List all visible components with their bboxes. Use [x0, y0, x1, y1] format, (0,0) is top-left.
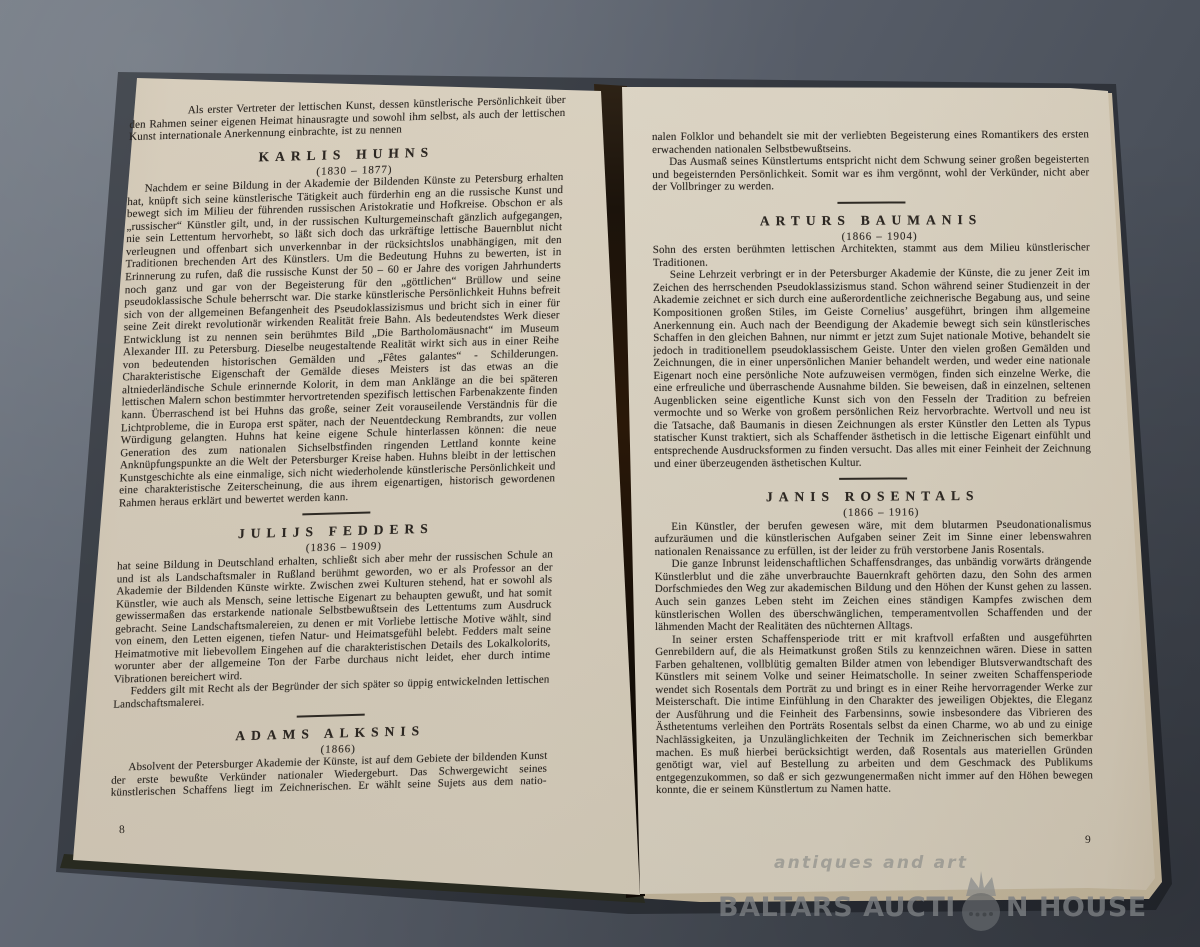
paragraph: In seiner ersten Schaffensperiode tritt … — [655, 631, 1093, 797]
section-divider — [302, 512, 370, 516]
section-divider — [839, 478, 907, 480]
paragraph: Seine Lehrzeit verbringt er in der Peter… — [653, 267, 1091, 470]
continuation-paragraph: nalen Folklor und behandelt sie mit der … — [652, 128, 1089, 156]
page-number-8: 8 — [119, 824, 125, 836]
paragraph: Sohn des ersten berühmten lettischen Arc… — [653, 242, 1090, 270]
book-photo-scene: Als erster Vertreter der lettischen Kuns… — [0, 0, 1200, 947]
left-page-text: Als erster Vertreter der lettischen Kuns… — [111, 94, 566, 800]
section-divider — [297, 713, 365, 717]
page-number-9: 9 — [1085, 834, 1091, 846]
paragraph: hat seine Bildung in Deutschland erhalte… — [114, 548, 553, 686]
paragraph: Ein Künstler, der berufen gewesen wäre, … — [654, 518, 1091, 558]
heading-arturs-baumanis: ARTURS BAUMANIS — [653, 211, 1090, 229]
paragraph: Nachdem er seine Bildung in der Akademie… — [119, 171, 564, 510]
right-page-text: nalen Folklor und behandelt sie mit der … — [652, 128, 1093, 796]
heading-janis-rosentals: JANIS ROSENTALS — [654, 487, 1091, 505]
paragraph: Das Ausmaß seines Künstlertums entsprich… — [652, 153, 1089, 193]
paragraph: Die ganze Inbrunst leidenschaftlichen Sc… — [655, 556, 1092, 634]
section-divider — [837, 201, 905, 203]
